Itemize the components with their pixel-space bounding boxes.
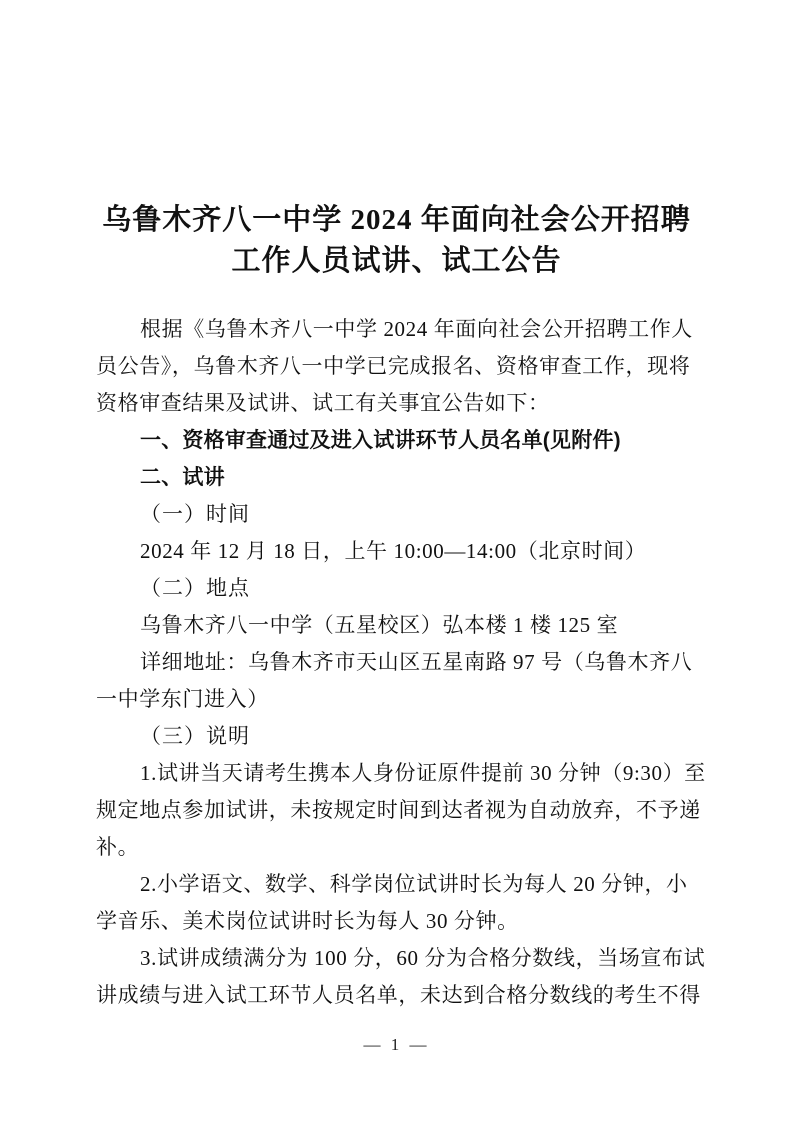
text-line: 一、资格审查通过及进入试讲环节人员名单(见附件): [96, 422, 702, 459]
text-line: 补。: [96, 829, 702, 866]
document-title: 乌鲁木齐八一中学 2024 年面向社会公开招聘 工作人员试讲、试工公告: [40, 200, 753, 282]
text-line: 详细地址：乌鲁木齐市天山区五星南路 97 号（乌鲁木齐八: [96, 644, 702, 681]
text-line: 学音乐、美术岗位试讲时长为每人 30 分钟。: [96, 903, 702, 940]
text-line: 一中学东门进入）: [96, 681, 702, 718]
document-page: 乌鲁木齐八一中学 2024 年面向社会公开招聘 工作人员试讲、试工公告 根据《乌…: [0, 0, 793, 1122]
title-line-1: 乌鲁木齐八一中学 2024 年面向社会公开招聘: [40, 200, 753, 241]
text-line: 2024 年 12 月 18 日，上午 10:00—14:00（北京时间）: [96, 533, 702, 570]
text-line: 员公告》，乌鲁木齐八一中学已完成报名、资格审查工作，现将: [96, 348, 702, 385]
text-line: （二）地点: [96, 570, 702, 607]
text-line: 资格审查结果及试讲、试工有关事宜公告如下：: [96, 385, 702, 422]
title-line-2: 工作人员试讲、试工公告: [40, 241, 753, 282]
text-line: 乌鲁木齐八一中学（五星校区）弘本楼 1 楼 125 室: [96, 607, 702, 644]
page-number: — 1 —: [0, 1035, 793, 1055]
text-line: 根据《乌鲁木齐八一中学 2024 年面向社会公开招聘工作人: [96, 311, 702, 348]
text-line: 1.试讲当天请考生携本人身份证原件提前 30 分钟（9:30）至: [96, 755, 702, 792]
text-line: 二、试讲: [96, 459, 702, 496]
text-line: （一）时间: [96, 496, 702, 533]
text-line: 讲成绩与进入试工环节人员名单，未达到合格分数线的考生不得: [96, 977, 702, 1014]
document-body: 根据《乌鲁木齐八一中学 2024 年面向社会公开招聘工作人员公告》，乌鲁木齐八一…: [96, 311, 702, 1014]
text-line: 规定地点参加试讲，未按规定时间到达者视为自动放弃，不予递: [96, 792, 702, 829]
text-line: 2.小学语文、数学、科学岗位试讲时长为每人 20 分钟，小: [96, 866, 702, 903]
text-line: （三）说明: [96, 718, 702, 755]
text-line: 3.试讲成绩满分为 100 分，60 分为合格分数线，当场宣布试: [96, 940, 702, 977]
